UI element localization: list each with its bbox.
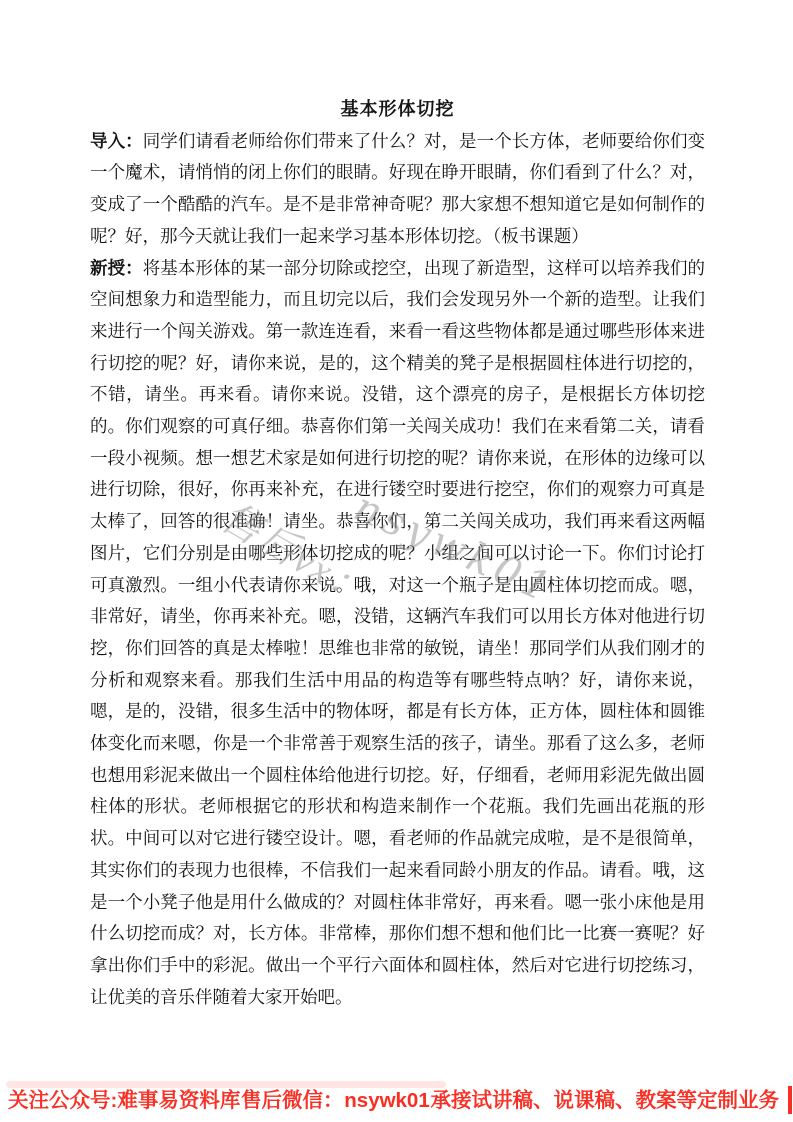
paragraph-intro-label: 导入： <box>90 131 143 151</box>
footer-wechat-id: nsywk01 <box>344 1089 429 1113</box>
paragraph-intro: 导入：同学们请看老师给你们带来了什么？对，是一个长方体，老师要给你们变一个魔术，… <box>90 126 705 253</box>
paragraph-new-lesson-label: 新授： <box>90 258 143 278</box>
footer-official-account: 关注公众号:难事易资料库 <box>8 1083 240 1113</box>
footer-edge-mark <box>788 1086 792 1114</box>
paragraph-intro-text: 同学们请看老师给你们带来了什么？对，是一个长方体，老师要给你们变一个魔术，请悄悄… <box>90 131 705 246</box>
footer-promo-bar: 关注公众号:难事易资料库 售后微信： nsywk01 承接试讲稿、说课稿、教案等… <box>8 1083 779 1113</box>
paragraph-new-lesson: 新授：将基本形体的某一部分切除或挖空，出现了新造型，这样可以培养我们的空间想象力… <box>90 253 705 1014</box>
document-body: 基本形体切挖 导入：同学们请看老师给你们带来了什么？对，是一个长方体，老师要给你… <box>90 94 705 1013</box>
paragraph-new-lesson-text: 将基本形体的某一部分切除或挖空，出现了新造型，这样可以培养我们的空间想象力和造型… <box>90 258 705 1007</box>
page-title: 基本形体切挖 <box>90 94 705 126</box>
footer-services-text: 承接试讲稿、说课稿、教案等定制业务 <box>430 1083 779 1113</box>
footer-aftersales-label: 售后微信： <box>241 1083 344 1113</box>
document-page: 基本形体切挖 导入：同学们请看老师给你们带来了什么？对，是一个长方体，老师要给你… <box>0 0 793 1122</box>
